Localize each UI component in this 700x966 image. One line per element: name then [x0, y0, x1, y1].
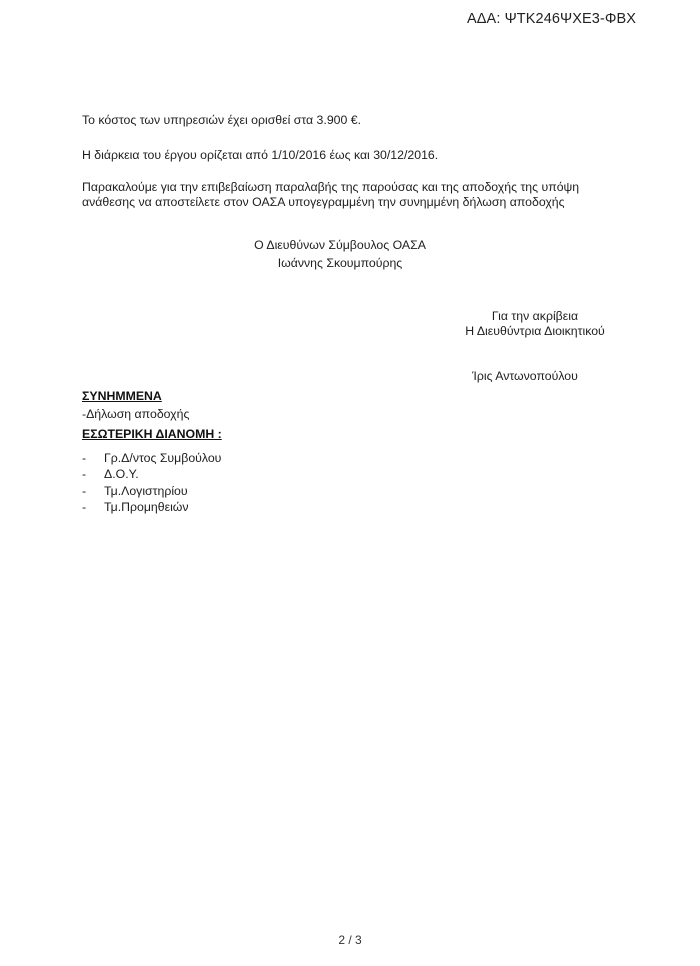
request-paragraph: Παρακαλούμε για την επιβεβαίωση παραλαβή… [82, 180, 579, 210]
page-number: 2 / 3 [0, 933, 700, 947]
accuracy-role: Η Διευθύντρια Διοικητικού [410, 324, 660, 339]
distribution-item: - Γρ.Δ/ντος Συμβούλου [82, 450, 221, 467]
distribution-item: - Τμ.Λογιστηρίου [82, 483, 221, 500]
distribution-item-label: Δ.Ο.Υ. [104, 467, 139, 482]
distribution-list: - Γρ.Δ/ντος Συμβούλου - Δ.Ο.Υ. - Τμ.Λογι… [82, 450, 221, 516]
bullet-dash: - [82, 451, 104, 466]
accuracy-label: Για την ακρίβεια [410, 309, 660, 324]
distribution-heading: ΕΣΩΤΕΡΙΚΗ ΔΙΑΝΟΜΗ : [82, 427, 222, 442]
attachments-heading: ΣΥΝΗΜΜΕΝΑ [82, 389, 162, 404]
accuracy-name: Ίρις Αντωνοπούλου [400, 369, 650, 384]
request-paragraph-line-2: ανάθεσης να αποστείλετε στον ΟΑΣΑ υπογεγ… [82, 195, 579, 210]
ada-identifier: ΑΔΑ: ΨΤΚ246ΨΧΕ3-ΦΒΧ [467, 11, 636, 28]
attachment-item: -Δήλωση αποδοχής [82, 407, 189, 422]
cost-paragraph: Το κόστος των υπηρεσιών έχει ορισθεί στα… [82, 113, 361, 128]
distribution-item: - Δ.Ο.Υ. [82, 467, 221, 484]
distribution-item: - Τμ.Προμηθειών [82, 500, 221, 517]
distribution-item-label: Γρ.Δ/ντος Συμβούλου [104, 451, 221, 466]
bullet-dash: - [82, 484, 104, 499]
signatory-title: Ο Διευθύνων Σύμβουλος ΟΑΣΑ [0, 238, 680, 253]
request-paragraph-line-1: Παρακαλούμε για την επιβεβαίωση παραλαβή… [82, 180, 579, 195]
signatory-name: Ιωάννης Σκουμπούρης [0, 256, 680, 271]
bullet-dash: - [82, 500, 104, 515]
bullet-dash: - [82, 467, 104, 482]
duration-paragraph: Η διάρκεια του έργου ορίζεται από 1/10/2… [82, 148, 438, 163]
distribution-item-label: Τμ.Λογιστηρίου [104, 484, 188, 499]
distribution-item-label: Τμ.Προμηθειών [104, 500, 189, 515]
